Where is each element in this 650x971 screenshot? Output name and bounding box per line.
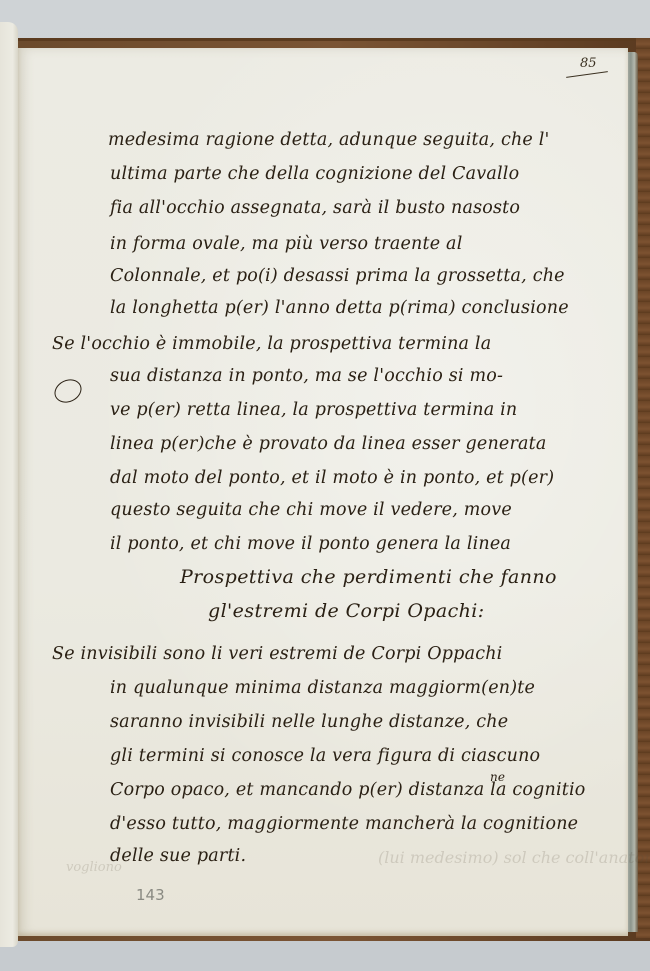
manuscript-page: 85 (lui medesimo) sol che coll'anatomia … xyxy=(18,48,628,936)
text-line: ve p(er) retta linea, la prospettiva ter… xyxy=(110,400,517,420)
folio-number: 85 xyxy=(580,56,597,71)
manuscript-photo: 85 (lui medesimo) sol che coll'anatomia … xyxy=(0,0,650,971)
folio-underline xyxy=(566,71,608,78)
heading-line: gl'estremi de Corpi Opachi: xyxy=(208,600,485,622)
bleed-through-text: (lui medesimo) sol che coll'anatomia ne … xyxy=(378,848,650,867)
heading-line: Prospettiva che perdimenti che fanno xyxy=(180,566,557,588)
superscript-insertion: ne xyxy=(490,770,505,784)
text-line: sua distanza in ponto, ma se l'occhio si… xyxy=(110,366,503,386)
text-line: gli termini si conosce la vera figura di… xyxy=(110,746,540,766)
text-line: questo seguita che chi move il vedere, m… xyxy=(110,500,512,520)
book-spine-edge xyxy=(636,38,650,938)
text-line: delle sue parti. xyxy=(110,846,246,866)
text-line: dal moto del ponto, et il moto è in pont… xyxy=(110,468,554,488)
text-line: Corpo opaco, et mancando p(er) distanza … xyxy=(110,780,586,800)
text-line: d'esso tutto, maggiormente mancherà la c… xyxy=(110,814,578,834)
text-line: il ponto, et chi move il ponto genera la… xyxy=(110,534,511,554)
text-line: la longhetta p(er) l'anno detta p(rima) … xyxy=(110,298,569,318)
text-line: in qualunque minima distanza maggiorm(en… xyxy=(110,678,535,698)
text-line: linea p(er)che è provato da linea esser … xyxy=(110,434,547,454)
text-line: fia all'occhio assegnata, sarà il busto … xyxy=(110,198,520,218)
text-line: Se l'occhio è immobile, la prospettiva t… xyxy=(52,334,491,354)
text-line: in forma ovale, ma più verso traente al xyxy=(110,234,463,254)
text-line: Se invisibili sono li veri estremi de Co… xyxy=(52,644,502,664)
text-line: Colonnale, et po(i) desassi prima la gro… xyxy=(110,266,565,286)
margin-flourish xyxy=(51,375,86,407)
text-line: ultima parte che della cognizione del Ca… xyxy=(110,164,519,184)
text-line: medesima ragione detta, adunque seguita,… xyxy=(108,130,550,150)
archive-pencil-number: 143 xyxy=(136,886,165,904)
facing-page-edge xyxy=(0,22,18,947)
text-line: saranno invisibili nelle lunghe distanze… xyxy=(110,712,508,732)
